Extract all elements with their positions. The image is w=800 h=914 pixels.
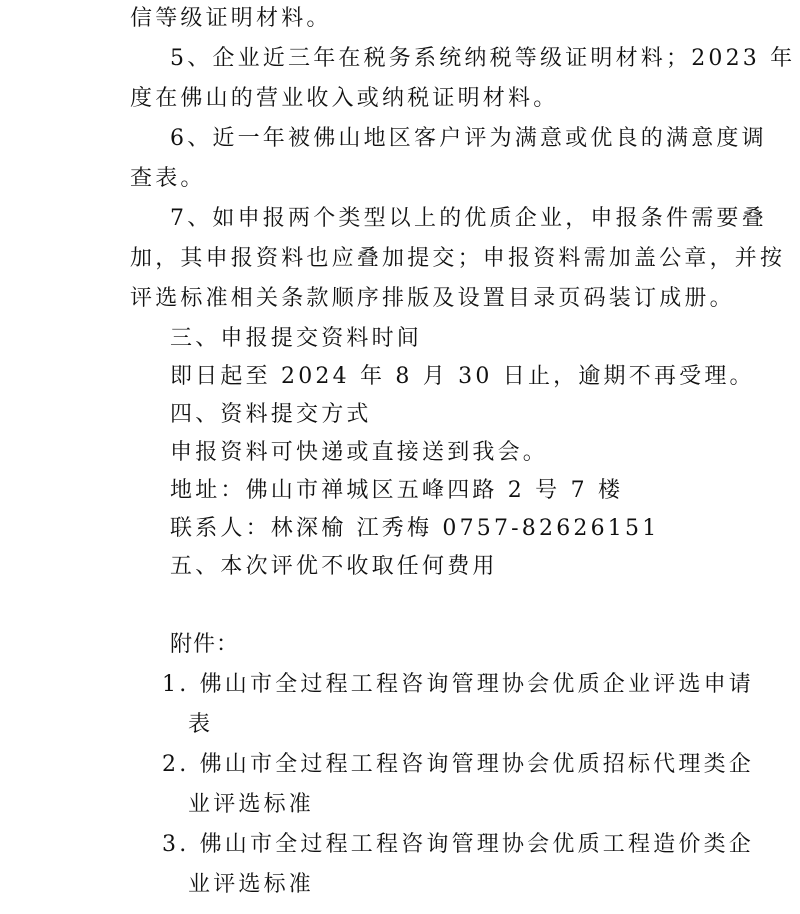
attachment-1-line-1: 1. 佛山市全过程工程咨询管理协会优质企业评选申请 [162,670,690,700]
item-7-line-3: 评选标准相关条款顺序排版及设置目录页码装订成册。 [130,284,690,314]
section-heading-5: 五、本次评优不收取任何费用 [170,552,690,582]
submission-text: 申报资料可快递或直接送到我会。 [170,438,690,468]
attachment-2-line-2: 业评选标准 [188,790,698,820]
item-5-line-2: 度在佛山的营业收入或纳税证明材料。 [130,84,690,114]
item-7-line-1: 7、如申报两个类型以上的优质企业，申报条件需要叠 [170,204,690,234]
contact-text: 联系人：林深榆 江秀梅 0757-82626151 [170,514,690,544]
item-6-line-1: 6、近一年被佛山地区客户评为满意或优良的满意度调 [170,124,690,154]
item-5-line-1: 5、企业近三年在税务系统纳税等级证明材料；2023 年 [170,44,690,74]
section-heading-4: 四、资料提交方式 [170,400,690,430]
address-text: 地址：佛山市禅城区五峰四路 2 号 7 楼 [170,476,690,506]
attachments-label: 附件： [170,630,690,660]
attachment-1-line-2: 表 [188,710,698,740]
deadline-text: 即日起至 2024 年 8 月 30 日止，逾期不再受理。 [170,362,690,392]
section-heading-3: 三、申报提交资料时间 [170,324,690,354]
paragraph-4-tail: 信等级证明材料。 [130,4,690,34]
attachment-3-line-2: 业评选标准 [188,870,698,900]
attachment-2-line-1: 2. 佛山市全过程工程咨询管理协会优质招标代理类企 [162,750,690,780]
item-6-line-2: 查表。 [130,164,690,194]
item-7-line-2: 加，其申报资料也应叠加提交；申报资料需加盖公章，并按 [130,244,690,274]
document-page: 信等级证明材料。 5、企业近三年在税务系统纳税等级证明材料；2023 年 度在佛… [0,0,800,914]
attachment-3-line-1: 3. 佛山市全过程工程咨询管理协会优质工程造价类企 [162,830,690,860]
